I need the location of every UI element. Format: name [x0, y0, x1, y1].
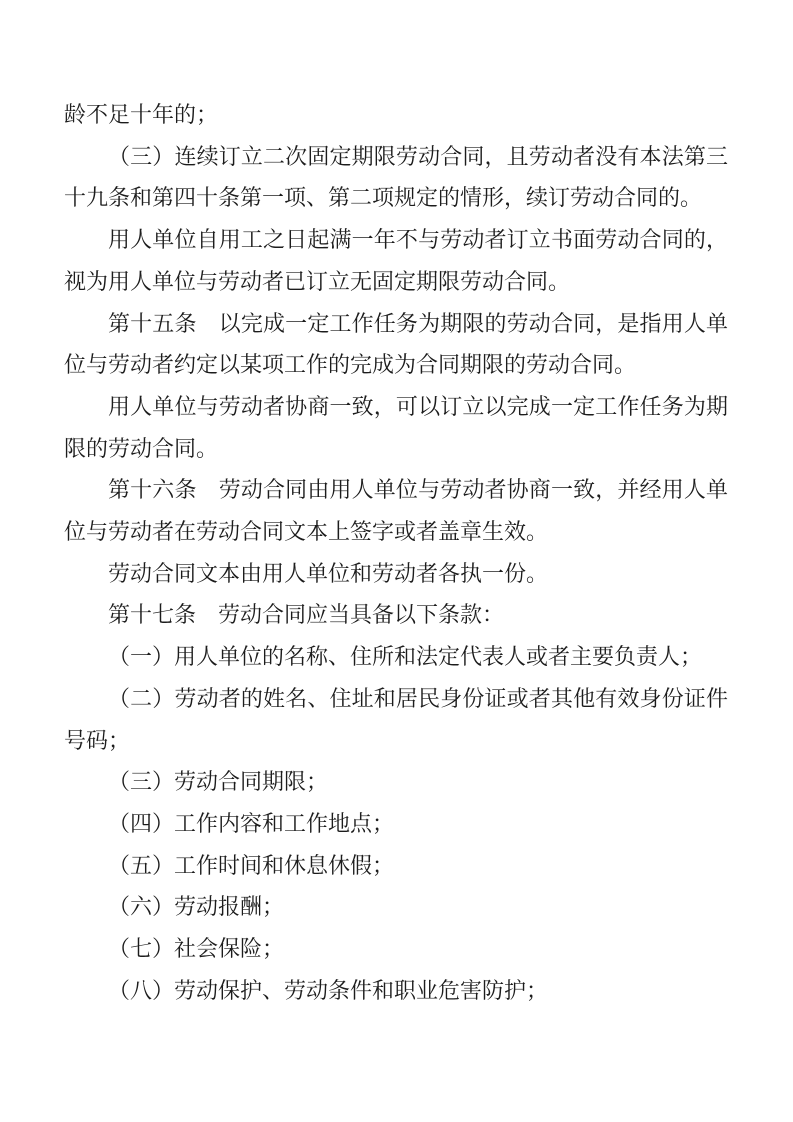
article-17-lead: 第十七条 劳动合同应当具备以下条款：: [64, 594, 728, 636]
article-17-item-2: （二）劳动者的姓名、住址和居民身份证或者其他有效身份证件号码；: [64, 678, 728, 761]
article-15-paragraph-2: 用人单位与劳动者协商一致，可以订立以完成一定工作任务为期限的劳动合同。: [64, 386, 728, 469]
clause-item-3: （三）连续订立二次固定期限劳动合同，且劳动者没有本法第三十九条和第四十条第一项、…: [64, 136, 728, 219]
paragraph-continuation: 龄不足十年的；: [64, 94, 728, 136]
article-15-paragraph-1: 第十五条 以完成一定工作任务为期限的劳动合同，是指用人单位与劳动者约定以某项工作…: [64, 303, 728, 386]
document-page: 龄不足十年的； （三）连续订立二次固定期限劳动合同，且劳动者没有本法第三十九条和…: [0, 0, 793, 1122]
article-16-paragraph-1: 第十六条 劳动合同由用人单位与劳动者协商一致，并经用人单位与劳动者在劳动合同文本…: [64, 469, 728, 552]
article-17-item-3: （三）劳动合同期限；: [64, 761, 728, 803]
article-17-item-5: （五）工作时间和休息休假；: [64, 845, 728, 887]
article-17-item-8: （八）劳动保护、劳动条件和职业危害防护；: [64, 970, 728, 1012]
article-17-item-1: （一）用人单位的名称、住所和法定代表人或者主要负责人；: [64, 636, 728, 678]
article-17-item-7: （七）社会保险；: [64, 928, 728, 970]
article-17-item-6: （六）劳动报酬；: [64, 886, 728, 928]
article-16-paragraph-2: 劳动合同文本由用人单位和劳动者各执一份。: [64, 553, 728, 595]
paragraph-deemed-open-contract: 用人单位自用工之日起满一年不与劳动者订立书面劳动合同的，视为用人单位与劳动者已订…: [64, 219, 728, 302]
article-17-item-4: （四）工作内容和工作地点；: [64, 803, 728, 845]
